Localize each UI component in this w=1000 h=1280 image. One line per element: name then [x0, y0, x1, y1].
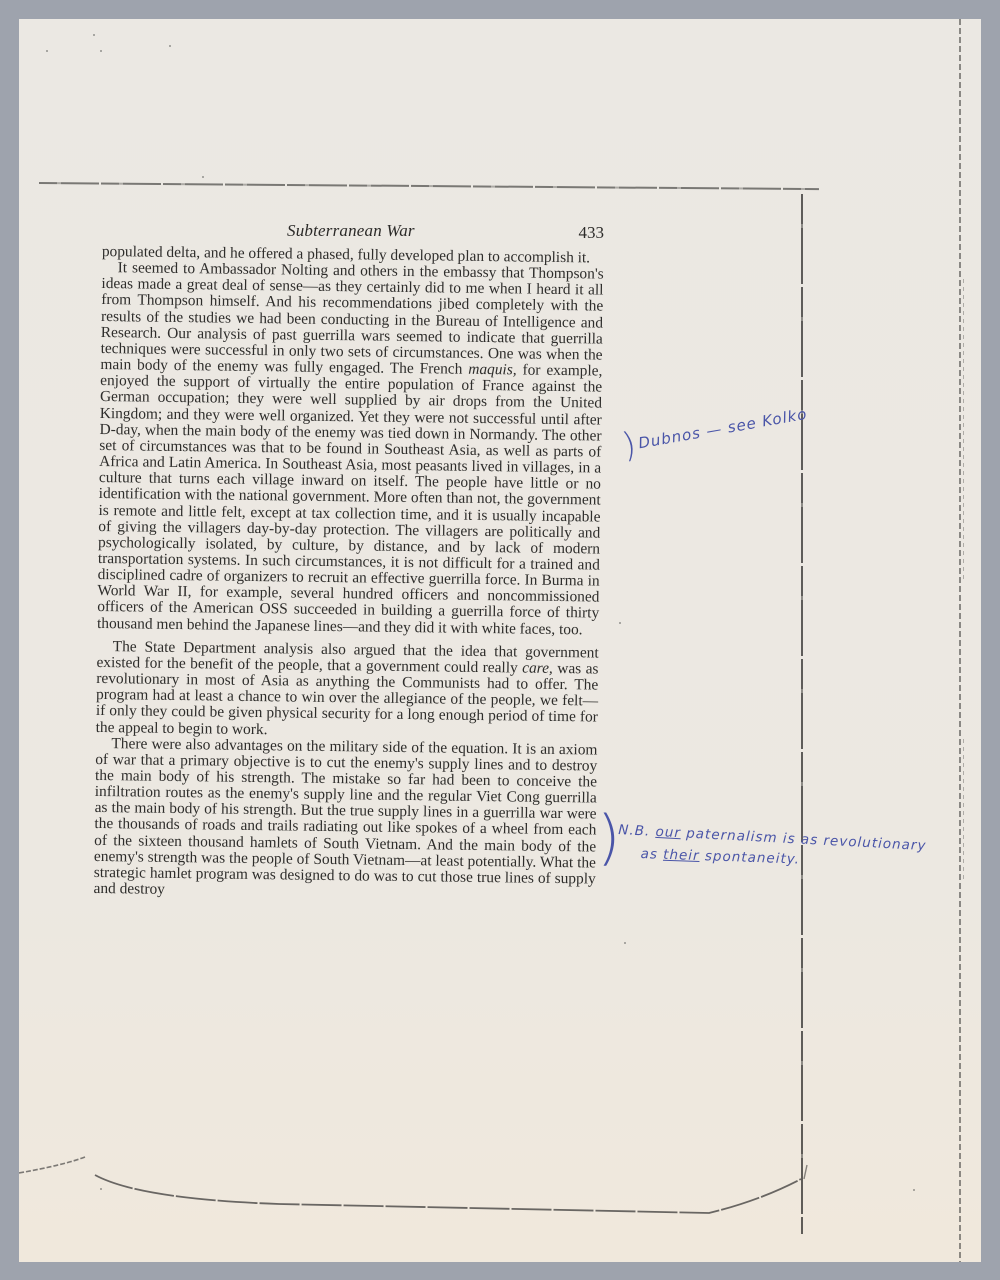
photocopy-edge-line-top [39, 182, 819, 190]
running-head: Subterranean War [287, 221, 415, 241]
page-number: 433 [579, 223, 605, 243]
dust-speck [619, 622, 621, 624]
paragraph-text: for example, enjoyed the support of virt… [97, 362, 603, 638]
dust-speck [624, 942, 626, 944]
dust-speck [913, 1189, 915, 1191]
italic-term: care, [522, 659, 553, 676]
paragraph-text: There were also advantages on the milita… [93, 735, 597, 898]
margin-note-underlined: their [663, 847, 700, 864]
margin-note-text: spontaneity. [699, 848, 800, 867]
paragraph: There were also advantages on the milita… [93, 736, 597, 904]
body-text: populated delta, and he offered a phased… [93, 244, 604, 904]
margin-note-text: as [640, 846, 663, 863]
dust-speck [100, 50, 102, 52]
photocopy-edge-line-right-inner [801, 194, 803, 1234]
dust-speck [46, 50, 48, 52]
paragraph: The State Department analysis also argue… [96, 639, 599, 743]
margin-note-text: N.B. [618, 822, 656, 840]
photocopy-faint-line [963, 279, 964, 579]
photocopy-edge-curve-bottom [19, 1139, 981, 1219]
dust-speck [202, 176, 204, 178]
paragraph-text: It seemed to Ambassador Nolting and othe… [100, 259, 603, 378]
dust-speck [169, 45, 171, 47]
photocopy-edge-line-right-outer [959, 19, 961, 1262]
photocopy-faint-line [963, 739, 964, 879]
dust-speck [93, 34, 95, 36]
italic-term: maquis, [468, 361, 517, 379]
paragraph: It seemed to Ambassador Nolting and othe… [97, 260, 604, 638]
margin-note-underlined: our [655, 824, 681, 841]
dust-speck [100, 1188, 102, 1190]
